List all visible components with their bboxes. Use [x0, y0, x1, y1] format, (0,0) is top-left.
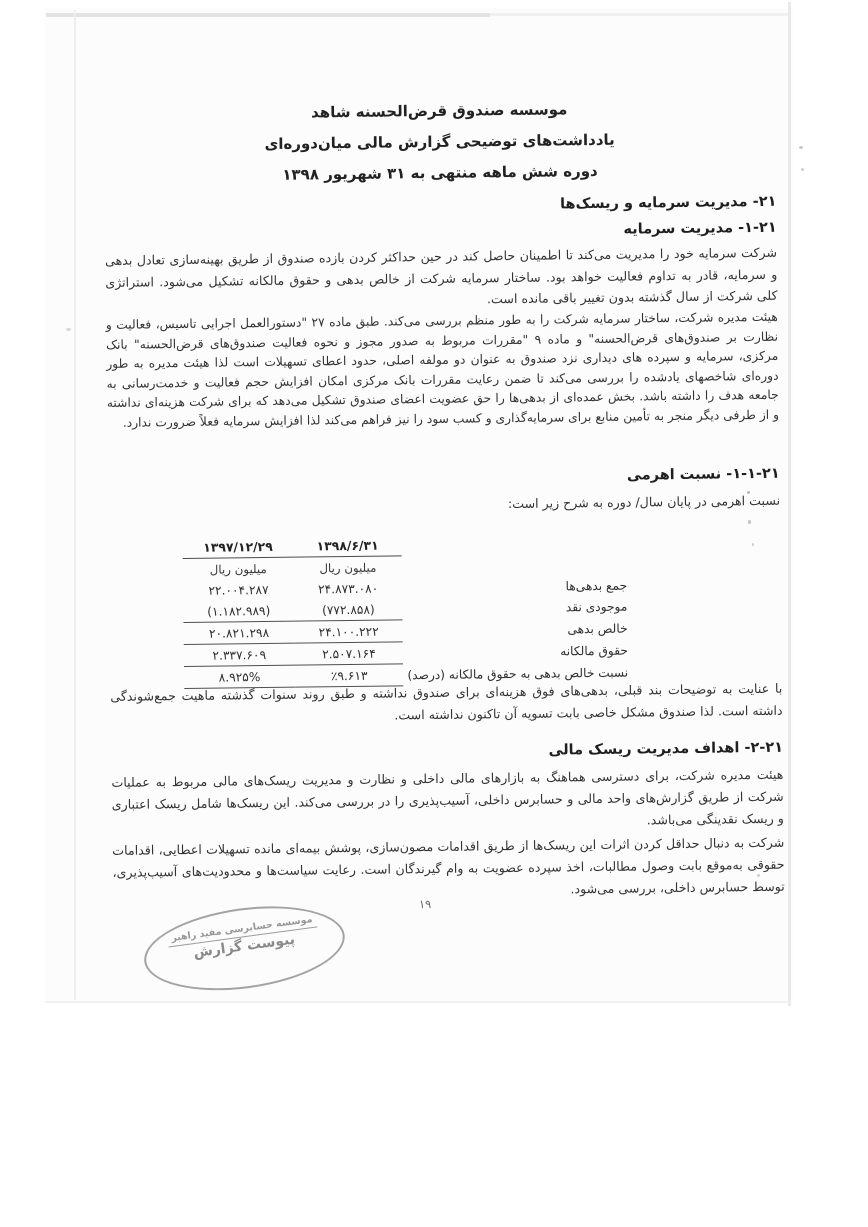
- paragraph-capital-2: هیئت مدیره شرکت، ساختار سرمایه شرکت را ب…: [106, 308, 779, 434]
- row-label: حقوق مالکانه: [403, 639, 632, 664]
- paragraph-risk-1: هیئت مدیره شرکت، برای دسترسی هماهنگ به ب…: [111, 764, 784, 838]
- empty-cell: [402, 553, 631, 577]
- section-heading-21-1-1: ۱-۱-۲۱- نسبت اهرمی: [108, 466, 780, 490]
- leverage-table: ۱۳۹۸/۶/۳۱ ۱۳۹۷/۱۲/۲۹ میلیون ریال میلیون …: [182, 532, 632, 689]
- document-header: موسسه صندوق قرض‌الحسنه شاهد یادداشت‌های …: [103, 92, 776, 193]
- value-1397: ۲.۳۳۷.۶۰۹: [184, 643, 295, 666]
- unit-cell: میلیون ریال: [294, 556, 403, 579]
- row-label: خالص بدهی: [403, 617, 632, 642]
- column-date-1398: ۱۳۹۸/۶/۳۱: [293, 534, 402, 557]
- row-label: جمع بدهی‌ها: [402, 575, 631, 599]
- column-date-1397: ۱۳۹۷/۱۲/۲۹: [182, 536, 293, 559]
- leverage-note: با عنایت به توضیحات بند قبلی، بدهی‌های ف…: [110, 678, 782, 730]
- leverage-intro: نسبت اهرمی در پایان سال/ دوره به شرح زیر…: [108, 490, 780, 519]
- value-1398: ۲۴.۸۷۳.۰۸۰: [294, 577, 403, 599]
- value-1397: ۲۲.۰۰۴.۲۸۷: [183, 579, 294, 601]
- section-heading-21-2: ۲-۲۱- اهداف مدیریت ریسک مالی: [111, 740, 783, 764]
- section-heading-21: ۲۱- مدیریت سرمایه و ریسک‌ها: [104, 194, 776, 218]
- value-1398: (۷۷۲.۸۵۸): [294, 598, 403, 621]
- value-1397: ۲۰.۸۲۱.۲۹۸: [183, 621, 294, 644]
- paragraph-capital-1: شرکت سرمایه خود را مدیریت می‌کند تا اطمی…: [105, 242, 778, 315]
- audit-stamp: موسسه حسابرسی مفید راهبر پیوست گزارش: [139, 895, 350, 1001]
- empty-cell: [402, 532, 631, 556]
- paragraph-risk-2: شرکت به دنبال حداقل کردن اثرات این ریسک‌…: [112, 832, 785, 906]
- value-1398: ۲۴.۱۰۰.۲۲۲: [294, 620, 403, 643]
- value-1398: ۲.۵۰۷.۱۶۴: [295, 642, 404, 665]
- document-content: موسسه صندوق قرض‌الحسنه شاهد یادداشت‌های …: [0, 0, 868, 1227]
- leverage-table-wrap: ۱۳۹۸/۶/۳۱ ۱۳۹۷/۱۲/۲۹ میلیون ریال میلیون …: [182, 532, 632, 689]
- value-1397: (۱.۱۸۲.۹۸۹): [183, 600, 294, 623]
- section-heading-21-1: ۱-۲۱- مدیریت سرمایه: [105, 220, 777, 244]
- row-label: موجودی نقد: [402, 596, 631, 620]
- page-number: ۱۹: [419, 897, 432, 911]
- unit-cell: میلیون ریال: [183, 557, 294, 580]
